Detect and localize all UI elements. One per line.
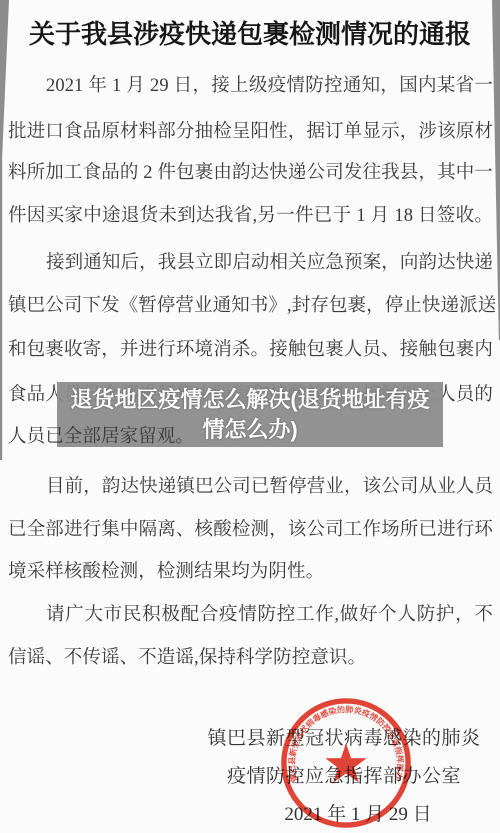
doc-line: 目前，韵达快递镇巴公司已暂停营业，该公司从业人员 [8,474,493,500]
photo-edge-right [492,0,500,340]
official-seal-stamp: 镇巴县新型冠状病毒感染的肺炎疫情防控应急指挥部办公室 [277,694,415,832]
notice-photo: 关于我县涉疫快递包裹检测情况的通报 2021 年 1 月 29 日，接上级疫情防… [0,0,500,833]
doc-line: 人员已全部居家留观。 [8,424,493,450]
doc-line: 料所加工食品的 2 件包裹由韵达快递公司发往我县，其中一 [8,160,493,186]
doc-line: 已全部进行集中隔离、核酸检测，该公司工作场所已进行环 [8,517,493,543]
doc-line: 件因买家中途退货未到达我省,另一件已于 1 月 18 日签收。 [8,203,493,229]
star-icon [325,743,366,782]
doc-line: 信谣、不传谣、不造谣,保持科学防控意识。 [8,645,493,671]
doc-line: 请广大市民积极配合疫情防控工作,做好个人防护，不 [8,602,493,628]
doc-line: 和包裹收寄，并进行环境消杀。接触包裹人员、接触包裹内 [8,337,493,363]
doc-line: 接到通知后，我县立即启动相关应急预案，向韵达快递 [8,250,493,276]
doc-line: 2021 年 1 月 29 日，接上级疫情防控通知，国内某省一 [8,73,493,99]
doc-line: 镇巴公司下发《暂停营业通知书》,封存包裹，停止快递派送 [8,293,493,319]
doc-line: 境采样核酸检测，检测结果均为阴性。 [8,559,493,585]
doc-line: 批进口食品原材料部分抽检呈阳性，据订单显示，涉该原材 [8,119,493,145]
notice-title: 关于我县涉疫快递包裹检测情况的通报 [4,14,496,51]
